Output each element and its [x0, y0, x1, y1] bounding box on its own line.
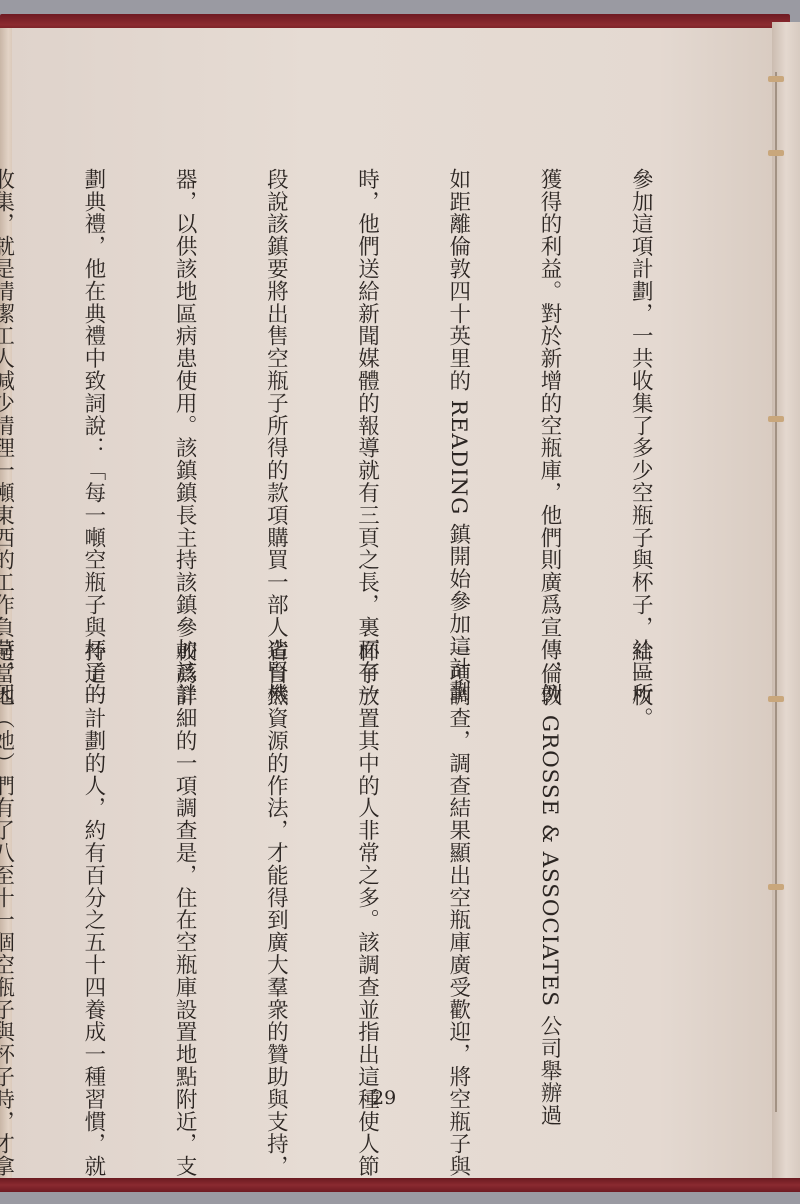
binding-stitch	[768, 696, 784, 702]
text-column: 劃典禮，他在典禮中致詞說：「每一噸空瓶子與杯子的	[77, 168, 107, 638]
text-column: 器，以供該地區病患使用。該鎮鎮長主持該鎮參加該計	[169, 168, 199, 638]
book-cover-bottom-edge	[0, 1178, 800, 1192]
binding-stitch	[768, 76, 784, 82]
text-column: 倫敦 GROSSE & ASSOCIATES 公司舉辦過	[534, 640, 564, 1080]
binding-stitch	[768, 884, 784, 890]
text-column: 較爲詳細的一項調查是，住在空瓶庫設置地點附近，支	[169, 640, 199, 1080]
text-column: 段說該鎮要將出售空瓶子所得的款項購買一部人造腎機	[260, 168, 290, 638]
binding-stitch	[768, 150, 784, 156]
text-column: 給一枚。	[625, 640, 655, 1080]
text-column: 持這一計劃的人，約有百分之五十四養成一種習慣，就	[77, 640, 107, 1080]
text-column: 獲得的利益。對於新增的空瓶庫，他們則廣爲宣傳，例	[534, 168, 564, 638]
binding-stitch	[768, 416, 784, 422]
text-column: 一項調查，調查結果顯出空瓶庫廣受歡迎，將空瓶子與	[442, 640, 472, 1080]
page-number: 29	[372, 1087, 396, 1109]
binding-thread	[775, 72, 777, 1112]
text-column: 如距離倫敦四十英里的 READING 鎮開始參加這計劃	[442, 168, 472, 638]
text-block-bottom: 給一枚。 倫敦 GROSSE & ASSOCIATES 公司舉辦過 一項調查，調…	[0, 640, 716, 1080]
text-column: 時，他們送給新聞媒體的報導就有三頁之長，裏面有一	[351, 168, 381, 638]
text-column: 收集，就是清潔工人減少清理一噸東西的工作負荷，因	[0, 168, 17, 638]
text-column: 省自然資源的作法，才能得到廣大羣衆的贊助與支持，	[260, 640, 290, 1080]
text-column: 是當他（她）們有了八至十一個空瓶子與杯子時，才拿	[0, 640, 17, 1080]
text-column: 參加這項計劃，一共收集了多少空瓶子與杯子，社區所	[625, 168, 655, 638]
text-block-top: 參加這項計劃，一共收集了多少空瓶子與杯子，社區所 獲得的利益。對於新增的空瓶庫，…	[0, 168, 716, 638]
text-column: 杯子放置其中的人非常之多。該調查並指出這種使人節	[351, 640, 381, 1080]
